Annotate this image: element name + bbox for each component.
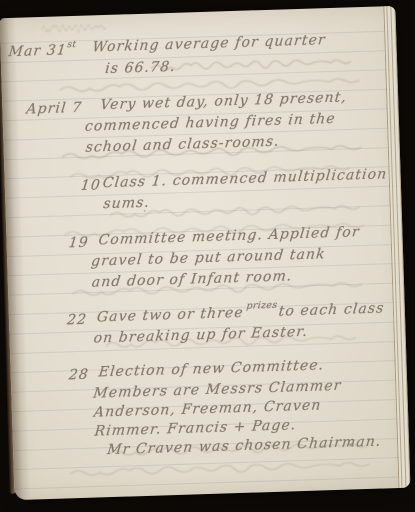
entry-date: April 7 bbox=[26, 100, 83, 118]
date-ordinal: st bbox=[67, 40, 77, 50]
inserted-word: prizes bbox=[246, 300, 278, 312]
logbook-page: Mar 31st Working average for quarter is … bbox=[0, 6, 410, 500]
photo-of-logbook: { "document": { "kind": "handwritten-log… bbox=[0, 0, 415, 512]
entry-date: 28 bbox=[68, 367, 90, 384]
entry-date: 22 bbox=[66, 312, 88, 329]
entry-text-line: is 66.78. bbox=[104, 59, 176, 77]
entry-date: Mar 31st bbox=[8, 42, 77, 60]
bleed-through-text bbox=[42, 21, 106, 35]
paper-speck bbox=[144, 210, 146, 212]
entry-date: 19 bbox=[68, 235, 90, 252]
photo-frame: Mar 31st Working average for quarter is … bbox=[0, 0, 415, 512]
entry-date: 10 bbox=[80, 177, 102, 194]
